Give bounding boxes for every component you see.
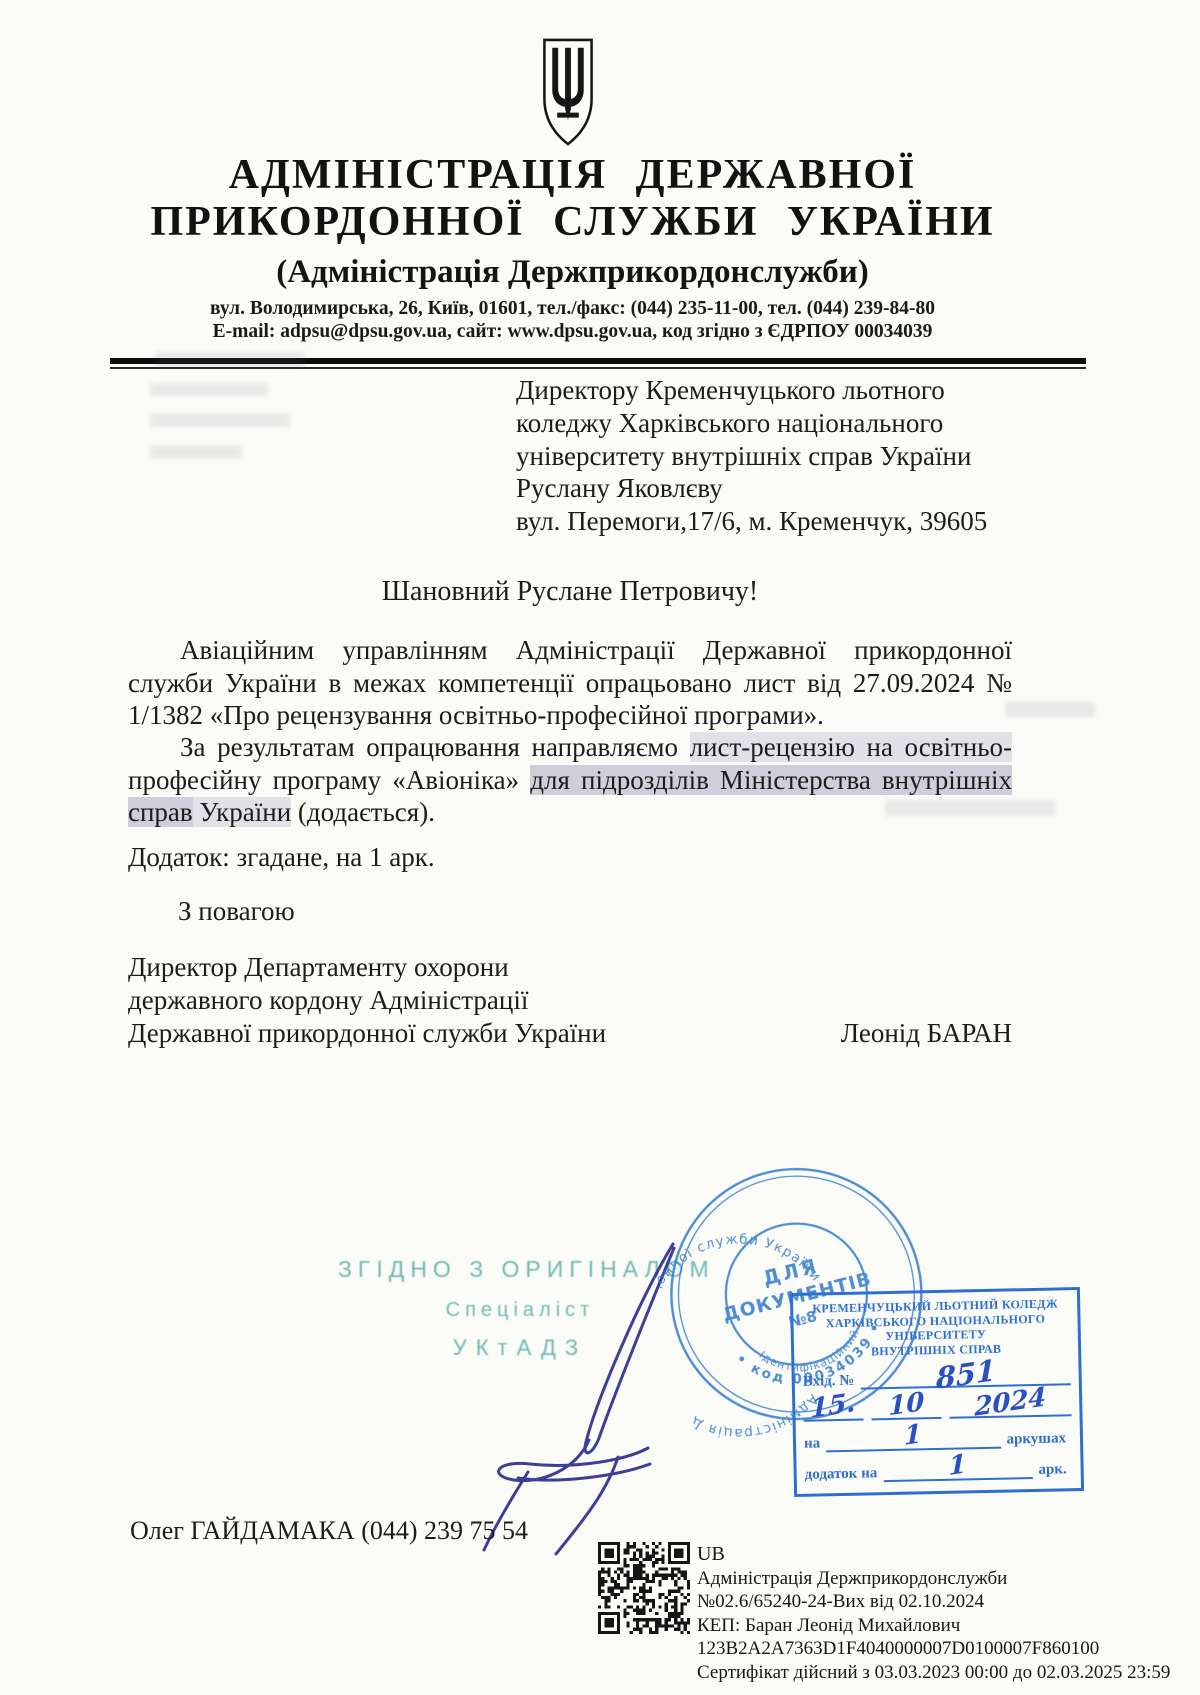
org-contact: вул. Володимирська, 26, Київ, 01601, тел… xyxy=(0,298,1145,343)
incoming-attachment-label: додаток на xyxy=(805,1465,884,1484)
incoming-registration-stamp: КРЕМЕНЧУЦЬКИЙ ЛЬОТНИЙ КОЛЕДЖ ХАРКІВСЬКОГ… xyxy=(790,1287,1084,1497)
addressee-block: Директору Кременчуцького льотного коледж… xyxy=(516,374,1036,538)
incoming-attachment-suffix: арк. xyxy=(1032,1461,1073,1479)
incoming-sheets-label: на xyxy=(804,1435,827,1452)
paragraph-2-text: За результатам опрацювання направляємо xyxy=(180,732,690,762)
addressee-line: вул. Перемоги,17/6, м. Кременчук, 39605 xyxy=(516,505,1036,538)
signer-position-line: Директор Департаменту охорони xyxy=(128,951,748,984)
addressee-line: коледжу Харківського національного xyxy=(516,407,1036,440)
incoming-sheets-suffix: аркушах xyxy=(1000,1430,1072,1448)
highlighted-text: України xyxy=(193,797,292,827)
scan-artifact xyxy=(150,383,268,396)
scan-artifact xyxy=(150,446,242,458)
addressee-line: Руслану Яковлєву xyxy=(516,472,1036,505)
attachment-note: Додаток: згадане, на 1 арк. xyxy=(128,842,435,873)
letterhead: АДМІНІСТРАЦІЯ ДЕРЖАВНОЇ ПРИКОРДОННОЇ СЛУ… xyxy=(0,152,1145,343)
esign-cert-id: 123B2A2A7363D1F4040000007D0100007F860100 xyxy=(697,1637,1170,1661)
salutation: Шановний Руслане Петровичу! xyxy=(128,576,1012,608)
signer-name: Леонід БАРАН xyxy=(828,1018,1012,1049)
executor-contact: Олег ГАЙДАМАКА (044) 239 75 54 xyxy=(130,1516,528,1546)
qr-code xyxy=(598,1542,690,1639)
addressee-line: університету внутрішніх справ України xyxy=(516,440,1036,473)
header-divider-thin xyxy=(110,367,1086,369)
signer-position: Директор Департаменту охорони державного… xyxy=(128,951,748,1049)
scan-artifact xyxy=(155,352,305,367)
org-subtitle: (Адміністрація Держприкордонслужби) xyxy=(0,254,1145,291)
qr-caption: UB xyxy=(697,1543,1170,1567)
paragraph-2-text: професійну програму «Авіоніка» xyxy=(128,765,530,795)
scan-artifact xyxy=(1005,702,1095,717)
signer-position-line: державного кордону Адміністрації xyxy=(128,984,748,1017)
esign-org: Адміністрація Держприкордонслужби xyxy=(697,1567,1170,1591)
digital-signature-block: UB Адміністрація Держприкордонслужби №02… xyxy=(697,1543,1170,1685)
paragraph-1: Авіаційним управлінням Адміністрації Дер… xyxy=(128,634,1012,732)
org-email-site: E-mail: adpsu@dpsu.gov.ua, сайт: www.dps… xyxy=(0,321,1145,344)
esign-validity: Сертифікат дійсний з 03.03.2023 00:00 до… xyxy=(697,1661,1170,1685)
esign-kep: КЕП: Баран Леонід Михайлович xyxy=(697,1614,1170,1638)
incoming-date-month-handwritten: 10 xyxy=(888,1387,924,1422)
incoming-date-day-handwritten: 15. xyxy=(811,1388,856,1425)
incoming-attachment-value-handwritten: 1 xyxy=(949,1449,967,1482)
org-title-line2: ПРИКОРДОННОЇ СЛУЖБИ УКРАЇНИ xyxy=(0,199,1145,246)
org-address-phone: вул. Володимирська, 26, Київ, 01601, тел… xyxy=(0,298,1145,321)
org-title-line1: АДМІНІСТРАЦІЯ ДЕРЖАВНОЇ xyxy=(0,152,1145,199)
paragraph-2: За результатам опрацювання направляємо л… xyxy=(128,731,1012,829)
esign-number: №02.6/65240-24-Вих від 02.10.2024 xyxy=(697,1590,1170,1614)
scan-artifact xyxy=(150,414,290,427)
closing-phrase: З повагою xyxy=(178,896,295,927)
tryzub-emblem-icon xyxy=(536,36,600,155)
highlighted-text: лист-рецензію на освітньо- xyxy=(690,732,1012,762)
addressee-line: Директору Кременчуцького льотного xyxy=(516,374,1036,407)
paragraph-2-text: (додається). xyxy=(291,797,435,827)
incoming-sheets-value-handwritten: 1 xyxy=(904,1419,922,1452)
signer-position-line: Державної прикордонної служби України xyxy=(128,1017,748,1050)
incoming-reg-number-handwritten: 851 xyxy=(935,1353,995,1396)
scanned-letter-page: АДМІНІСТРАЦІЯ ДЕРЖАВНОЇ ПРИКОРДОННОЇ СЛУ… xyxy=(0,0,1200,1695)
